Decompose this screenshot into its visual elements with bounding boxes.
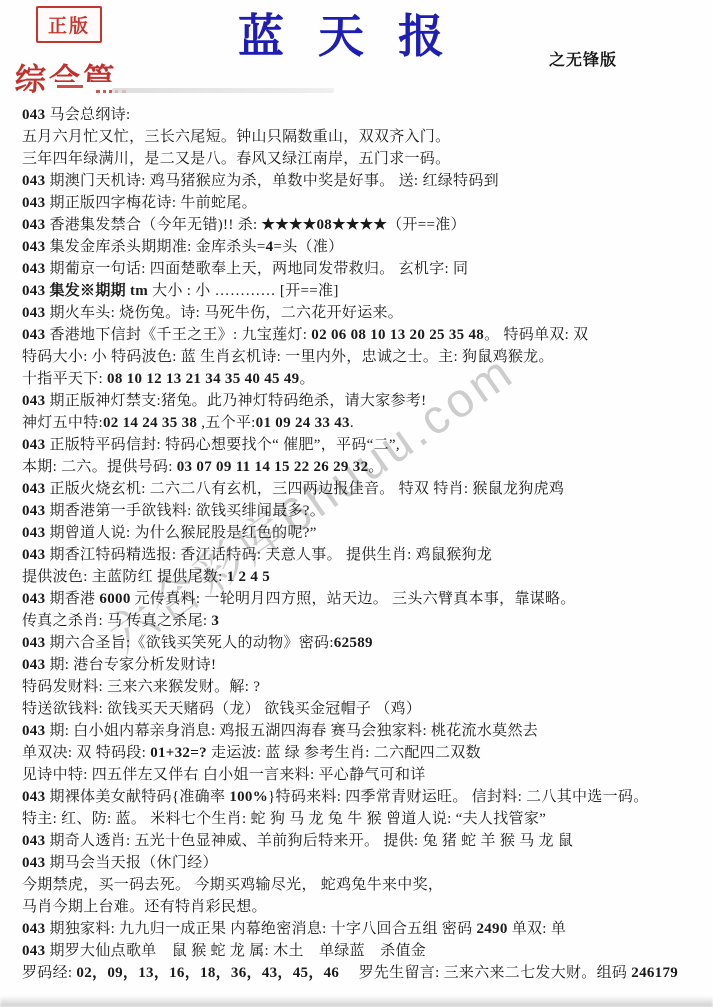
bold-segment: 043 bbox=[22, 591, 45, 607]
text-segment: 期曾道人说: 为什么猴屁股是红色的呢?” bbox=[45, 525, 316, 541]
text-line: 043 正版特平码信封: 特码心想要找个“ 催肥”，平码“二”, bbox=[0, 434, 713, 456]
text-segment: 三年四年绿满川，是二又是八。春风又绿江南岸，五门求一码。 bbox=[22, 151, 450, 167]
text-segment: 期香江特码精选报: 香江话特码: 天意人事。 提供生肖: 鸡鼠猴狗龙 bbox=[45, 547, 492, 563]
bold-segment: 043 bbox=[22, 547, 45, 563]
text-line: 043 期香港 6000 元传真料: 一轮明月四方照，站天边。 三头六臂真本事，… bbox=[0, 588, 713, 610]
bold-segment: 043 bbox=[22, 657, 45, 673]
bold-segment: 043 bbox=[22, 921, 45, 937]
text-line: 特主: 红、防: 蓝。 米料七个生肖: 蛇 狗 马 龙 兔 牛 猴 曾道人说: … bbox=[0, 808, 713, 830]
text-segment: （开==准） bbox=[387, 217, 466, 233]
newspaper-page: 六合彩库6huuu.com 正版 蓝天报 之无锋版 综合篇 043 马会总纲诗:… bbox=[0, 0, 713, 1007]
text-segment: 特送欲钱料: 欲钱买天天赌码（龙） 欲钱买金冠帽子 （鸡） bbox=[22, 701, 421, 717]
text-segment: 期裸体美女献特码{准确率 bbox=[45, 789, 229, 805]
text-segment: 五月六月忙又忙，三长六尾短。钟山只隔数重山，双双齐入门。 bbox=[22, 129, 450, 145]
text-segment: 罗码经: bbox=[22, 965, 76, 981]
text-line: 043 期裸体美女献特码{准确率 100%}特码来料: 四季常青财运旺。 信封料… bbox=[0, 786, 713, 808]
text-segment: 期罗大仙点歌单 鼠 猴 蛇 龙 属: 木土 单绿蓝 杀值金 bbox=[45, 943, 426, 959]
text-segment: 特码发财料: 三来六来猴发财。解: ? bbox=[22, 679, 260, 695]
text-segment: 香港地下信封《千王之王》: 九宝莲灯: bbox=[45, 327, 311, 343]
bold-segment: 043 bbox=[22, 217, 45, 233]
text-line: 十指平天下: 08 10 12 13 21 34 35 40 45 49。 bbox=[0, 368, 713, 390]
bold-segment: 6000 bbox=[99, 591, 130, 607]
text-segment: 神灯五中特: bbox=[22, 415, 103, 431]
text-line: 见诗中特: 四五伴左又伴右 白小姐一言来料: 平心静气可和详 bbox=[0, 764, 713, 786]
bold-segment: ★★★★08★★★★ bbox=[262, 217, 388, 233]
bold-segment: 043 bbox=[22, 525, 45, 541]
bold-segment: 2490 bbox=[476, 921, 507, 937]
text-segment: 期葡京一句话: 四面楚歌奉上天，两地同发带救归。 玄机字: 同 bbox=[45, 261, 468, 277]
scan-smear-artifact bbox=[0, 996, 713, 1007]
section-strike-mark bbox=[57, 85, 83, 88]
text-segment: 十指平天下: bbox=[22, 371, 107, 387]
text-segment: }特码来料: 四季常青财运旺。 信封料: 二八其中选一码。 bbox=[268, 789, 649, 805]
bold-segment: 043 bbox=[22, 437, 45, 453]
bold-segment: 043 集发※期期 tm bbox=[22, 283, 148, 299]
bold-segment: 246179 bbox=[631, 965, 678, 981]
text-line: 043 期罗大仙点歌单 鼠 猴 蛇 龙 属: 木土 单绿蓝 杀值金 bbox=[0, 940, 713, 962]
bold-segment: 043 bbox=[22, 723, 45, 739]
text-line: 043 期: 白小姐内幕亲身消息: 鸡报五湖四海春 赛马会独家料: 桃花流水莫然… bbox=[0, 720, 713, 742]
bold-segment: 043 bbox=[22, 789, 45, 805]
text-segment: 期正版神灯禁支:猪兔。此乃神灯特码绝杀，请大家参考! bbox=[45, 393, 426, 409]
text-line: 提供波色: 主蓝防红 提供尾数: 1 2 4 5 bbox=[0, 566, 713, 588]
text-segment: 香港集发禁合（今年无错)!! 杀: bbox=[45, 217, 261, 233]
text-line: 单双决: 双 特码段: 01+32=? 走运波: 蓝 绿 参考生肖: 二六配四二… bbox=[0, 742, 713, 764]
text-segment: 正版特平码信封: 特码心想要找个“ 催肥”，平码“二”, bbox=[45, 437, 400, 453]
text-line: 043 期香港第一手欲钱料: 欲钱买绯闻最多?。 bbox=[0, 500, 713, 522]
text-line: 神灯五中特:02 14 24 35 38 ,五个平:01 09 24 33 43… bbox=[0, 412, 713, 434]
text-line: 043 期马会当天报（休门经） bbox=[0, 852, 713, 874]
text-line: 043 集发※期期 tm 大小 : 小 ………… [开==准] bbox=[0, 280, 713, 302]
bold-segment: 100% bbox=[229, 789, 268, 805]
text-segment: 走运波: 蓝 绿 参考生肖: 二六配四二双数 bbox=[207, 745, 481, 761]
bold-segment: 03 07 09 11 14 15 22 26 29 32 bbox=[177, 459, 369, 475]
text-segment: 集发金库杀头期期准: 金库杀头= bbox=[45, 239, 265, 255]
text-segment: 期香港第一手欲钱料: 欲钱买绯闻最多?。 bbox=[45, 503, 325, 519]
text-segment: . bbox=[350, 415, 354, 431]
bold-segment: 043 bbox=[22, 635, 45, 651]
text-line: 043 期澳门天机诗: 鸡马猪猴应为杀，单数中奖是好事。 送: 红绿特码到 bbox=[0, 170, 713, 192]
text-segment: 特主: 红、防: 蓝。 米料七个生肖: 蛇 狗 马 龙 兔 牛 猴 曾道人说: … bbox=[22, 811, 546, 827]
text-line: 特码发财料: 三来六来猴发财。解: ? bbox=[0, 676, 713, 698]
bold-segment: 043 bbox=[22, 503, 45, 519]
text-segment: 期火车头: 烧伤兔。诗: 马死牛伤，二六花开好运来。 bbox=[45, 305, 403, 321]
text-line: 五月六月忙又忙，三长六尾短。钟山只隔数重山，双双齐入门。 bbox=[0, 126, 713, 148]
edition-subtitle: 之无锋版 bbox=[549, 47, 617, 70]
bold-segment: 62589 bbox=[334, 635, 373, 651]
bold-segment: 043 bbox=[22, 393, 45, 409]
text-segment: 本期: 二六。提供号码: bbox=[22, 459, 177, 475]
text-line: 043 期火车头: 烧伤兔。诗: 马死牛伤，二六花开好运来。 bbox=[0, 302, 713, 324]
bold-segment: 043 bbox=[22, 195, 45, 211]
text-line: 043 期奇人透肖: 五光十色显神威、羊前狗后特来开。 提供: 兔 猪 蛇 羊 … bbox=[0, 830, 713, 852]
content-lines: 043 马会总纲诗:五月六月忙又忙，三长六尾短。钟山只隔数重山，双双齐入门。三年… bbox=[0, 104, 713, 984]
bold-segment: 043 bbox=[22, 833, 45, 849]
text-segment: =头（准） bbox=[273, 239, 343, 255]
text-segment: 期: 港台专家分析发财诗! bbox=[45, 657, 216, 673]
text-line: 今期禁虎，买一码去死。 今期买鸡输尽光， 蛇鸡兔牛来中奖， bbox=[0, 874, 713, 896]
text-segment: 见诗中特: 四五伴左又伴右 白小姐一言来料: 平心静气可和详 bbox=[22, 767, 426, 783]
bold-segment: 02 06 08 10 13 20 25 35 48 bbox=[311, 327, 484, 343]
text-line: 043 期: 港台专家分析发财诗! bbox=[0, 654, 713, 676]
text-segment: 期马会当天报（休门经） bbox=[45, 855, 217, 871]
text-segment: ,五个平: bbox=[197, 415, 255, 431]
bold-segment: 043 bbox=[22, 239, 45, 255]
text-segment: 期正版四字梅花诗: 牛前蛇尾。 bbox=[45, 195, 256, 211]
text-segment: 单双: 单 bbox=[508, 921, 566, 937]
edition-badge: 正版 bbox=[36, 6, 102, 43]
text-line: 043 马会总纲诗: bbox=[0, 104, 713, 126]
text-segment: 马会总纲诗: bbox=[45, 107, 130, 123]
text-segment: 传真之杀肖: 马 传真之杀尾: bbox=[22, 613, 211, 629]
bold-segment: 043 bbox=[22, 261, 45, 277]
bold-segment: 043 bbox=[22, 327, 45, 343]
text-segment: 提供波色: 主蓝防红 提供尾数: bbox=[22, 569, 227, 585]
text-segment: 。 bbox=[299, 371, 314, 387]
text-segment: 。 bbox=[368, 459, 383, 475]
text-line: 罗码经: 02，09，13，16，18，36，43，45，46 罗先生留言: 三… bbox=[0, 962, 713, 984]
text-line: 043 香港地下信封《千王之王》: 九宝莲灯: 02 06 08 10 13 2… bbox=[0, 324, 713, 346]
text-segment: 今期禁虎，买一码去死。 今期买鸡输尽光， 蛇鸡兔牛来中奖， bbox=[22, 877, 443, 893]
text-segment: 期六合圣旨:《欲钱买笑死人的动物》密码: bbox=[45, 635, 333, 651]
bold-segment: 1 2 4 5 bbox=[227, 569, 270, 585]
bold-segment: 043 bbox=[22, 107, 45, 123]
text-segment: 正版火烧玄机: 二六二八有玄机，三四两边报佳音。 特双 特肖: 猴鼠龙狗虎鸡 bbox=[45, 481, 564, 497]
bold-segment: 02，09，13，16，18，36，43，45，46 bbox=[76, 965, 339, 981]
text-segment: 期澳门天机诗: 鸡马猪猴应为杀，单数中奖是好事。 送: 红绿特码到 bbox=[45, 173, 499, 189]
text-segment: 期独家料: 九九归一成正果 内幕绝密消息: 十字八回合五组 密码 bbox=[45, 921, 476, 937]
text-segment: 。 特码单双: 双 bbox=[484, 327, 588, 343]
bold-segment: 01+32=? bbox=[150, 745, 207, 761]
text-segment: 元传真料: 一轮明月四方照，站天边。 三头六臂真本事，靠谋略。 bbox=[131, 591, 576, 607]
text-line: 043 期六合圣旨:《欲钱买笑死人的动物》密码:62589 bbox=[0, 632, 713, 654]
text-segment: 单双决: 双 特码段: bbox=[22, 745, 150, 761]
bold-segment: 043 bbox=[22, 305, 45, 321]
text-segment: 大小 : 小 ………… [开==准] bbox=[148, 283, 339, 299]
text-line: 043 集发金库杀头期期准: 金库杀头=4=头（准） bbox=[0, 236, 713, 258]
text-line: 043 期香江特码精选报: 香江话特码: 天意人事。 提供生肖: 鸡鼠猴狗龙 bbox=[0, 544, 713, 566]
text-line: 043 香港集发禁合（今年无错)!! 杀: ★★★★08★★★★（开==准） bbox=[0, 214, 713, 236]
bold-segment: 043 bbox=[22, 173, 45, 189]
text-line: 传真之杀肖: 马 传真之杀尾: 3 bbox=[0, 610, 713, 632]
text-segment: 罗先生留言: 三来六来二七发大财。组码 bbox=[339, 965, 631, 981]
text-segment: 期: 白小姐内幕亲身消息: 鸡报五湖四海春 赛马会独家料: 桃花流水莫然去 bbox=[45, 723, 538, 739]
text-line: 043 期曾道人说: 为什么猴屁股是红色的呢?” bbox=[0, 522, 713, 544]
text-segment: 期奇人透肖: 五光十色显神威、羊前狗后特来开。 提供: 兔 猪 蛇 羊 猴 马 … bbox=[45, 833, 573, 849]
text-segment: 特码大小: 小 特码波色: 蓝 生肖玄机诗: 一里内外，忠诚之士。主: 狗鼠鸡猴… bbox=[22, 349, 554, 365]
text-line: 本期: 二六。提供号码: 03 07 09 11 14 15 22 26 29 … bbox=[0, 456, 713, 478]
page-title: 蓝天报 bbox=[238, 0, 478, 66]
bold-segment: 3 bbox=[211, 613, 219, 629]
text-segment: 期香港 bbox=[45, 591, 99, 607]
bold-segment: 02 14 24 35 38 bbox=[103, 415, 197, 431]
section-underline-smear bbox=[112, 88, 334, 93]
text-segment: 马肖今期上台难。还有特肖彩民想。 bbox=[22, 899, 267, 915]
text-line: 特码大小: 小 特码波色: 蓝 生肖玄机诗: 一里内外，忠诚之士。主: 狗鼠鸡猴… bbox=[0, 346, 713, 368]
text-line: 三年四年绿满川，是二又是八。春风又绿江南岸，五门求一码。 bbox=[0, 148, 713, 170]
text-line: 043 期独家料: 九九归一成正果 内幕绝密消息: 十字八回合五组 密码 249… bbox=[0, 918, 713, 940]
text-line: 043 期正版四字梅花诗: 牛前蛇尾。 bbox=[0, 192, 713, 214]
text-line: 043 期正版神灯禁支:猪兔。此乃神灯特码绝杀，请大家参考! bbox=[0, 390, 713, 412]
bold-segment: 043 bbox=[22, 943, 45, 959]
bold-segment: 043 bbox=[22, 855, 45, 871]
bold-segment: 01 09 24 33 43 bbox=[256, 415, 350, 431]
text-line: 043 正版火烧玄机: 二六二八有玄机，三四两边报佳音。 特双 特肖: 猴鼠龙狗… bbox=[0, 478, 713, 500]
bold-segment: 043 bbox=[22, 481, 45, 497]
text-line: 043 期葡京一句话: 四面楚歌奉上天，两地同发带救归。 玄机字: 同 bbox=[0, 258, 713, 280]
text-line: 特送欲钱料: 欲钱买天天赌码（龙） 欲钱买金冠帽子 （鸡） bbox=[0, 698, 713, 720]
text-line: 马肖今期上台难。还有特肖彩民想。 bbox=[0, 896, 713, 918]
bold-segment: 08 10 12 13 21 34 35 40 45 49 bbox=[107, 371, 299, 387]
